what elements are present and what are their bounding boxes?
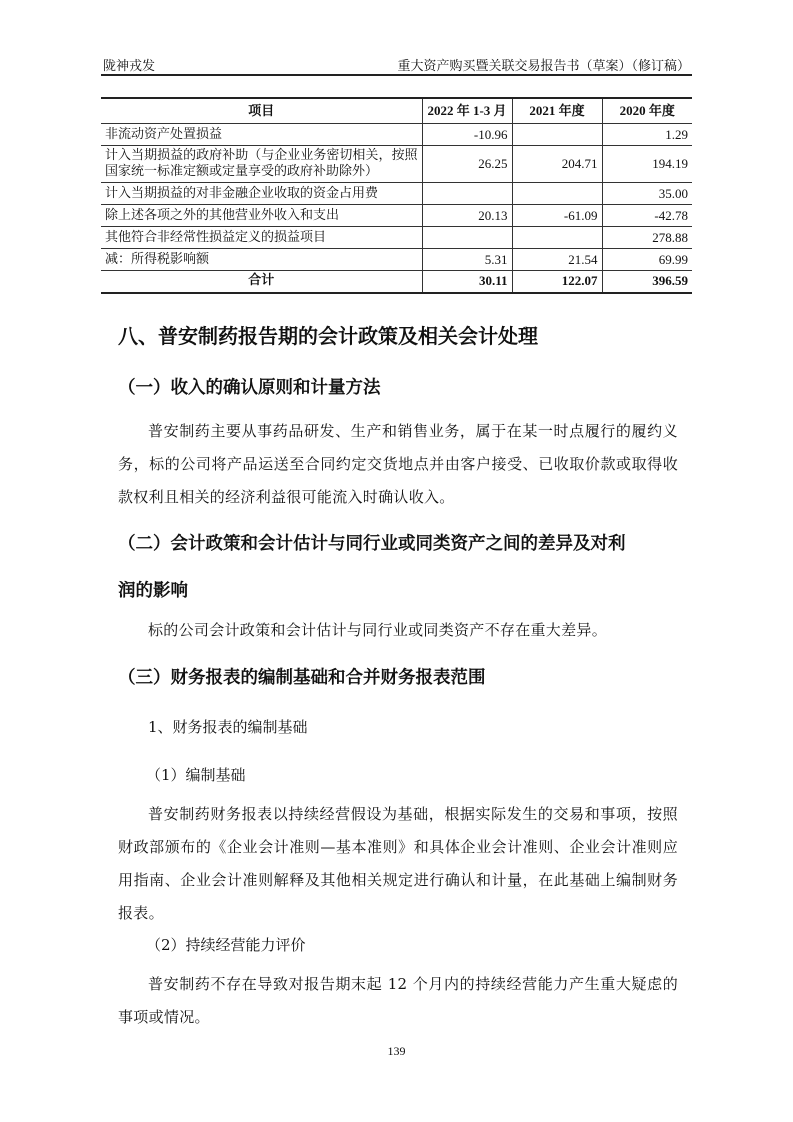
header-company: 陇神戎发 [103,55,155,74]
item-heading-1-2: （2）持续经营能力评价 [146,934,306,955]
table-row: 其他符合非经常性损益定义的损益项目 278.88 [101,227,692,249]
row-label: 非流动资产处置损益 [101,124,422,146]
cell-2021: 204.71 [512,146,602,183]
table-row: 非流动资产处置损益 -10.96 1.29 [101,124,692,146]
total-2021: 122.07 [512,271,602,293]
subsection-heading-1: （一）收入的确认原则和计量方法 [118,374,381,399]
table-row: 减：所得税影响额 5.31 21.54 69.99 [101,249,692,271]
cell-2022q1: 20.13 [422,205,512,227]
total-2020: 396.59 [602,271,692,293]
cell-2021: -61.09 [512,205,602,227]
paragraph-going-concern: 普安制药不存在导致对报告期末起 12 个月内的持续经营能力产生重大疑虑的事项或情… [118,968,678,1034]
subsection-heading-3: （三）财务报表的编制基础和合并财务报表范围 [118,664,486,689]
paragraph-policy-differences: 标的公司会计政策和会计估计与同行业或同类资产不存在重大差异。 [118,614,678,647]
paragraph-revenue-recognition: 普安制药主要从事药品研发、生产和销售业务，属于在某一时点履行的履约义务，标的公司… [118,415,678,514]
table-header-row: 项目 2022 年 1-3 月 2021 年度 2020 年度 [101,98,692,124]
total-label: 合计 [101,271,422,293]
total-2022q1: 30.11 [422,271,512,293]
cell-2022q1: -10.96 [422,124,512,146]
cell-2022q1 [422,227,512,249]
item-heading-1: 1、财务报表的编制基础 [148,716,308,737]
page-header: 陇神戎发 重大资产购买暨关联交易报告书（草案）（修订稿） [101,54,692,76]
table-row: 除上述各项之外的其他营业外收入和支出 20.13 -61.09 -42.78 [101,205,692,227]
cell-2020: -42.78 [602,205,692,227]
cell-2020: 1.29 [602,124,692,146]
item-heading-1-1: （1）编制基础 [146,764,246,785]
subsection-heading-2-cont: 润的影响 [118,577,188,602]
cell-2022q1 [422,183,512,205]
cell-2021 [512,227,602,249]
cell-2021 [512,124,602,146]
col-header-2020: 2020 年度 [602,98,692,124]
table-row: 计入当期损益的政府补助（与企业业务密切相关，按照国家统一标准定额或定量享受的政府… [101,146,692,183]
cell-2020: 278.88 [602,227,692,249]
cell-2021 [512,183,602,205]
cell-2020: 194.19 [602,146,692,183]
row-label: 计入当期损益的对非金融企业收取的资金占用费 [101,183,422,205]
table-total-row: 合计 30.11 122.07 396.59 [101,271,692,293]
row-label: 除上述各项之外的其他营业外收入和支出 [101,205,422,227]
header-doc-title: 重大资产购买暨关联交易报告书（草案）（修订稿） [397,55,690,74]
cell-2022q1: 26.25 [422,146,512,183]
cell-2021: 21.54 [512,249,602,271]
paragraph-preparation-basis: 普安制药财务报表以持续经营假设为基础，根据实际发生的交易和事项，按照财政部颁布的… [118,798,678,930]
section-heading: 八、普安制药报告期的会计政策及相关会计处理 [118,320,538,349]
non-recurring-gains-table: 项目 2022 年 1-3 月 2021 年度 2020 年度 非流动资产处置损… [101,97,692,294]
cell-2020: 35.00 [602,183,692,205]
page-number: 139 [0,1044,793,1059]
col-header-2021: 2021 年度 [512,98,602,124]
row-label: 计入当期损益的政府补助（与企业业务密切相关，按照国家统一标准定额或定量享受的政府… [101,146,422,183]
cell-2020: 69.99 [602,249,692,271]
subsection-heading-2: （二）会计政策和会计估计与同行业或同类资产之间的差异及对利 [118,530,626,555]
row-label: 减：所得税影响额 [101,249,422,271]
row-label: 其他符合非经常性损益定义的损益项目 [101,227,422,249]
table-row: 计入当期损益的对非金融企业收取的资金占用费 35.00 [101,183,692,205]
cell-2022q1: 5.31 [422,249,512,271]
col-header-2022q1: 2022 年 1-3 月 [422,98,512,124]
col-header-item: 项目 [101,98,422,124]
